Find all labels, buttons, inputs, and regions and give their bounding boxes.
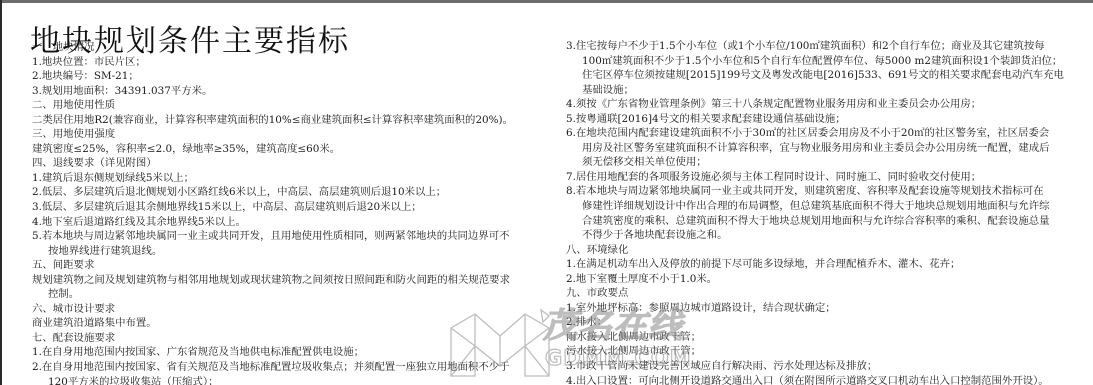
text-line: 1.在满足机动车出入及停放的前提下尽可能多设绿地，并合理配植乔木、灌木、花卉； [566,257,1086,272]
text-line: 八、环境绿化 [566,243,1086,258]
text-line: 3.住宅按每户不少于1.5个小车位（或1个小车位/100㎡建筑面积）和2个自行车… [566,39,1086,54]
text-line: 须无偿移交相关单位使用； [566,155,1086,170]
text-line: 九、市政要点 [566,286,1086,301]
text-line: 修建性详细规划设计中作出合理的布局调整，但总建筑基底面积不得大于地块总规划用地面… [566,199,1086,214]
text-line: 5.按粤通联[2016]4号文的相关要求配套建设通信基础设施； [566,112,1086,127]
text-line: 二、用地使用性质 [32,98,552,113]
text-line: 7.居住用地配套的各项服务设施必须与主体工程同时设计、同时施工、同时验收交付使用… [566,170,1086,185]
text-line: 4.须按《广东省物业管理条例》第三十八条规定配置物业服务用房和业主委员会办公用房… [566,97,1086,112]
left-border [0,0,2,385]
text-line: 8.若本地块与周边紧邻地块属同一业主或共同开发，则建筑密度、容积率及配套设施等规… [566,184,1086,199]
text-line: 雨水接入北侧周边市政干管； [566,330,1086,345]
text-line: 5.若本地块与周边紧邻地块属同一业主或共同开发，且用地使用性质相同，则两紧邻地块… [32,229,552,244]
text-line: 合建筑密度的乘积、总建筑面积不得大于地块总规划用地面积与允许综合容积率的乘积、配… [566,214,1086,229]
left-column: 一、地块情况1.地块位置：市民片区；2.地块编号：SM-21；3.规划用地面积：… [32,40,552,385]
text-line: 六、城市设计要求 [32,302,552,317]
text-line: 100㎡建筑面积不少于1.5个小车位和5个自行车位配置停车位、每5000 m2建… [566,54,1086,69]
text-line: 基础设施； [566,83,1086,98]
text-line: 2.低层、多层建筑后退北侧规划小区路红线6米以上，中高层、高层建筑则后退10米以… [32,185,552,200]
text-line: 一、地块情况 [32,40,552,55]
text-line: 1.室外地坪标高：参照周边城市道路设计，结合现状确定； [566,301,1086,316]
text-line: 住宅区停车位须按建规[2015]199号文及粤发改能电[2016]533、691… [566,68,1086,83]
text-line: 控制。 [32,287,552,302]
text-line: 2.地块编号：SM-21； [32,69,552,84]
text-line: 4.出入口设置：可向北侧开设道路交通出入口（须在附图所示道路交叉口机动车出入口控… [566,374,1086,385]
text-line: 6.在地块范围内配套建设建筑面积不小于30㎡的社区居委会用房及不小于20㎡的社区… [566,126,1086,141]
text-line: 五、间距要求 [32,258,552,273]
text-line: 不得少于各地块配套设施之和。 [566,228,1086,243]
text-line: 3.规划用地面积：34391.037平方米。 [32,84,552,99]
text-line: 污水接入北侧周边市政干管； [566,344,1086,359]
text-line: 2.在自身用地范围内按国家、省有关规范及当地标准配置垃圾收集点；并须配置一座独立… [32,360,552,375]
text-line: 1.地块位置：市民片区； [32,55,552,70]
text-line: 规划建筑物之间及规划建筑物与相邻用地规划或现状建筑物之间须按日照间距和防火间距的… [32,273,552,288]
text-line: 3.市政干管尚未建设完善区域应自行解决雨、污水处理达标及排放； [566,359,1086,374]
text-line: 用房及社区警务室建筑面积不计算容积率，宜与物业服务用房和业主委员会办公用房统一配… [566,141,1086,156]
text-line: 三、用地使用强度 [32,127,552,142]
text-line: 2.排水： [566,315,1086,330]
text-line: 4.地下室后退道路红线及其余地界线5米以上。 [32,215,552,230]
text-line: 七、配套设施要求 [32,331,552,346]
text-line: 商业建筑沿道路集中布置。 [32,316,552,331]
text-line: 按地界线进行建筑退线。 [32,244,552,259]
text-line: 1.在自身用地范围内按国家、广东省规范及当地供电标准配置供电设施； [32,345,552,360]
right-column: 3.住宅按每户不少于1.5个小车位（或1个小车位/100㎡建筑面积）和2个自行车… [566,39,1086,385]
text-line: 建筑密度≤25%，容积率≤2.0，绿地率≥35%，建筑高度≤60米。 [32,142,552,157]
text-line: 四、退线要求（详见附图） [32,156,552,171]
text-line: 1.建筑后退东侧规划绿线5米以上； [32,171,552,186]
text-line: 二类居住用地R2(兼容商业，计算容积率建筑面积的10%≤商业建筑面积≤计算容积率… [32,113,552,128]
text-line: 2.地下室覆土厚度不小于1.0米。 [566,272,1086,287]
top-border [0,0,1093,3]
text-line: 120平方米的垃圾收集站（压缩式）； [32,375,552,385]
text-line: 3.低层、多层建筑后退其余侧地界线15米以上，中高层、高层建筑则后退20米以上； [32,200,552,215]
